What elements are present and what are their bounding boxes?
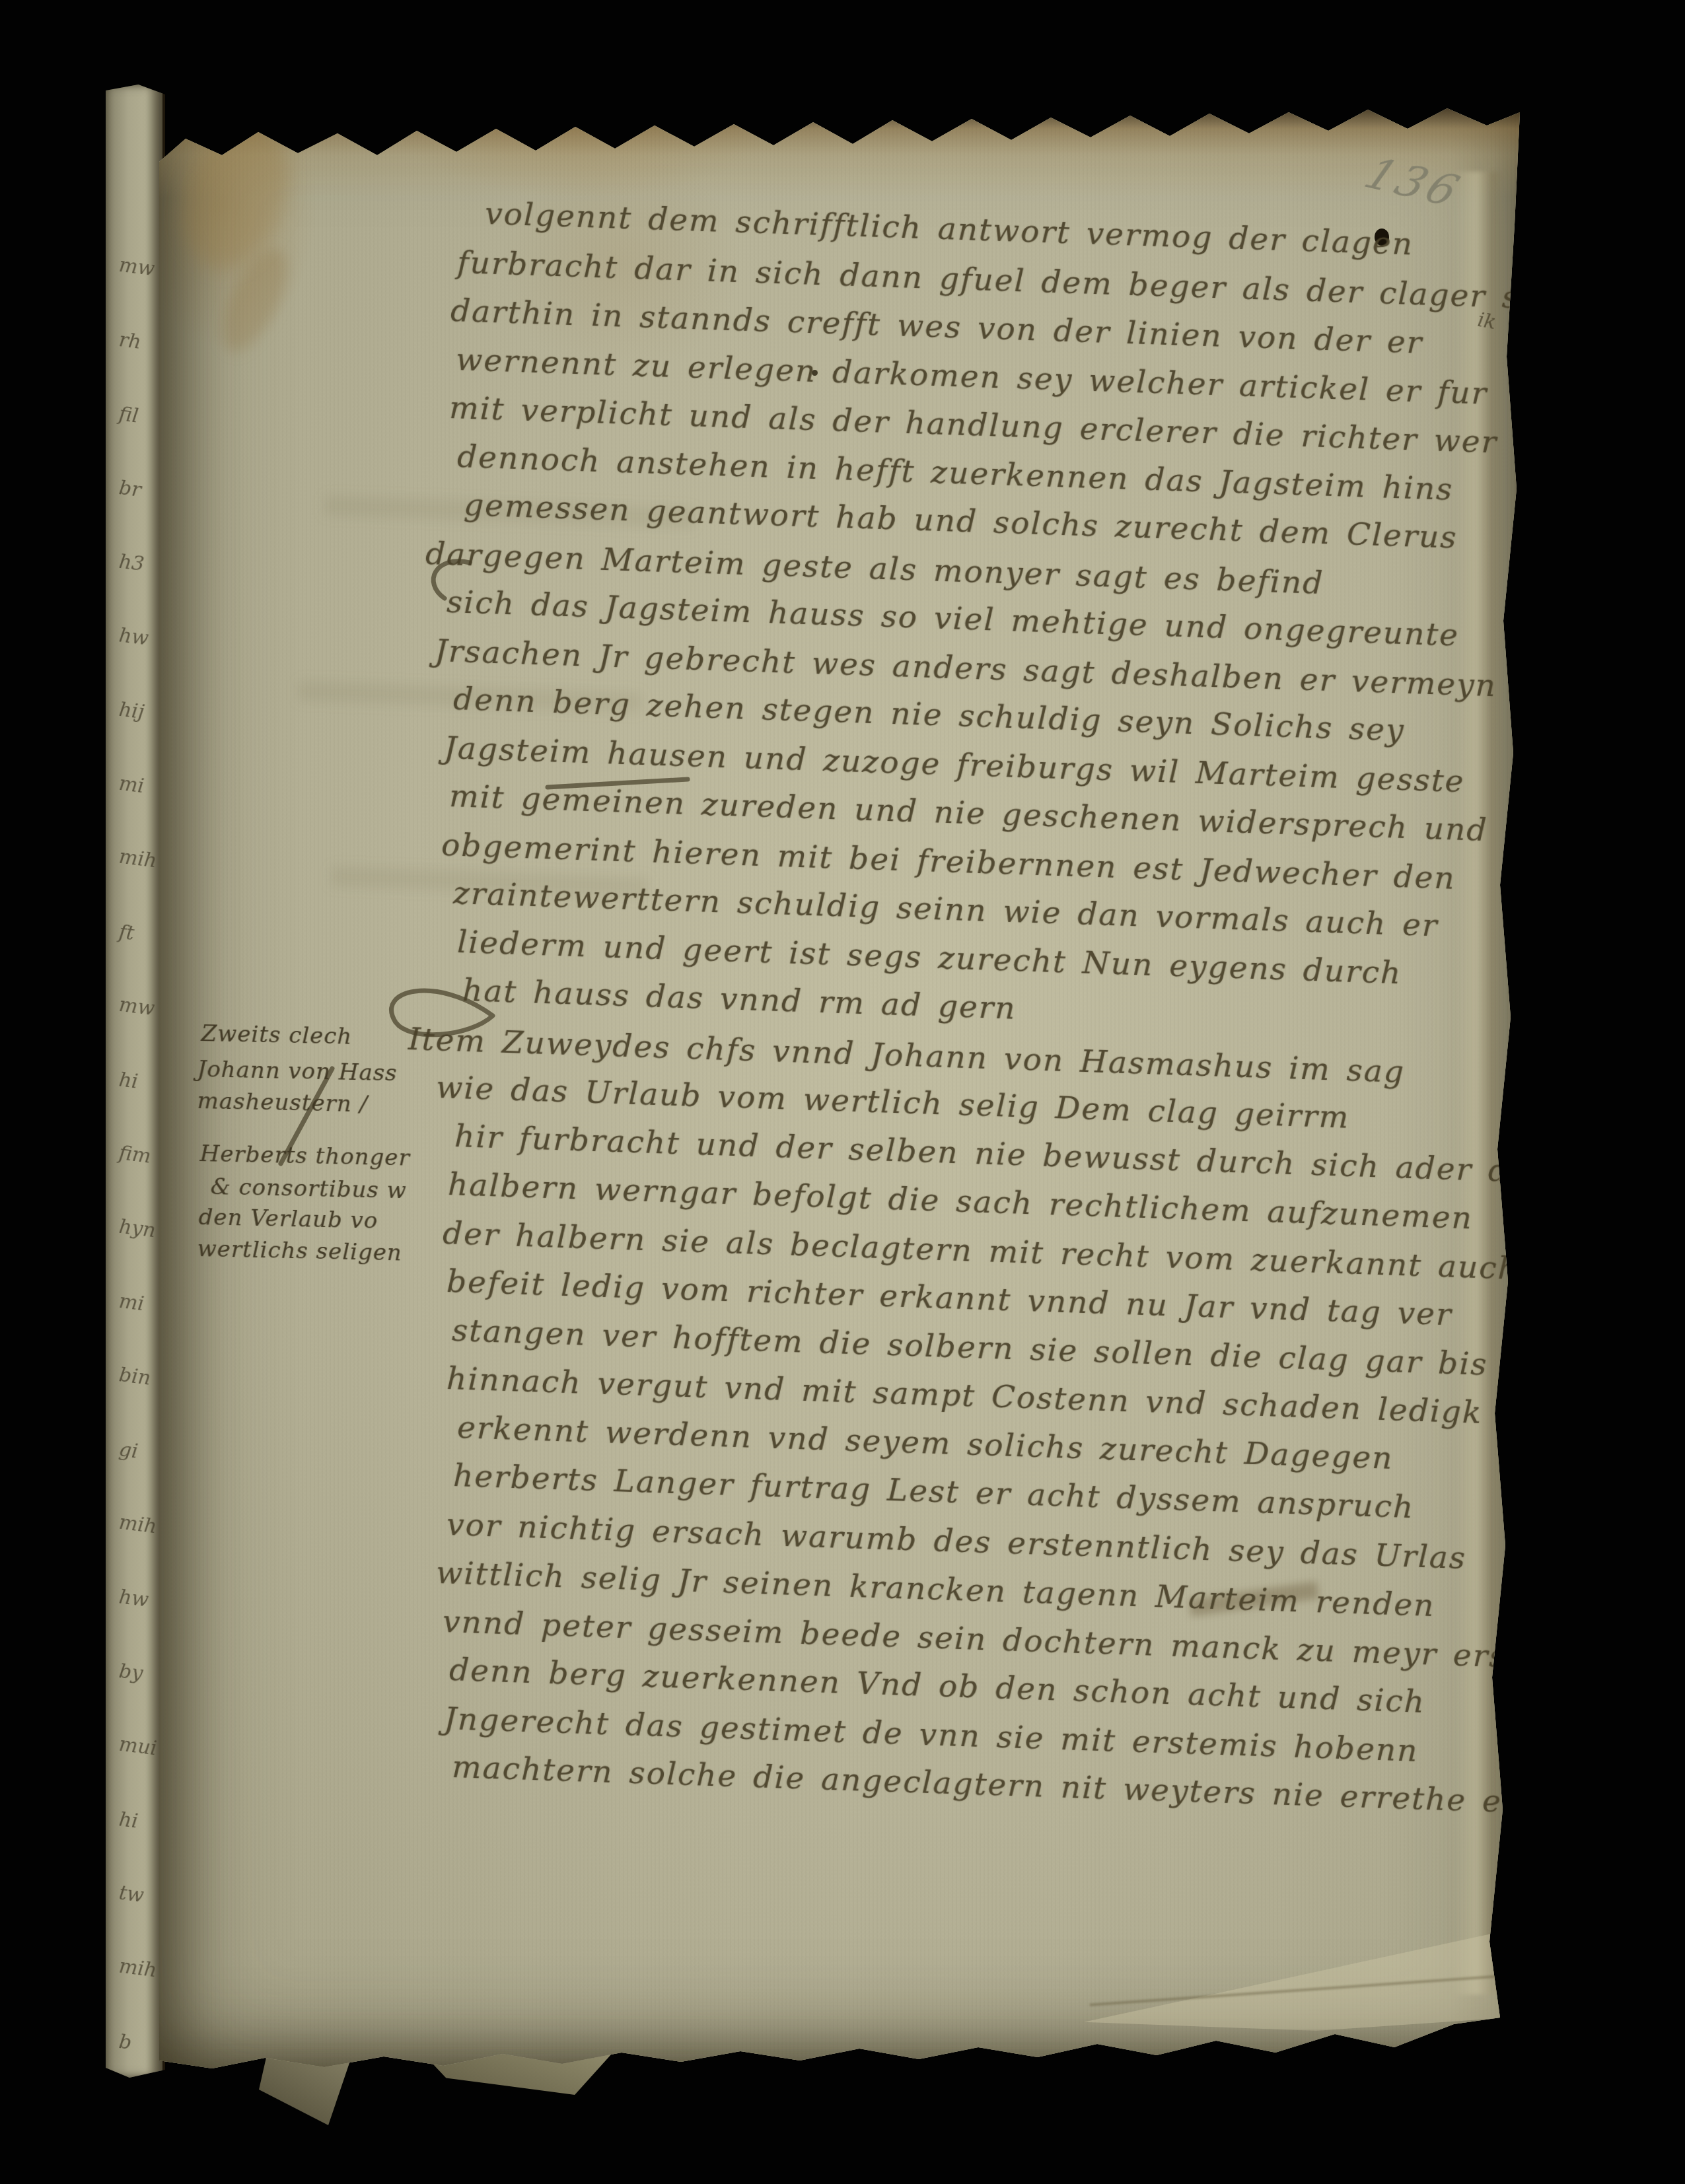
gutter-fragment: h3 <box>118 552 145 575</box>
gutter-fragment: rh <box>118 330 142 353</box>
manuscript-page: 136 volgennt dem schrifftlich antwort ve… <box>159 92 1523 2074</box>
gutter-fragment: hw <box>118 625 149 649</box>
gutter-fragment: bin <box>118 1365 151 1389</box>
gutter-fragment: hij <box>118 700 145 722</box>
gutter-fragment: hi <box>118 1810 139 1831</box>
margin-note-line: Johann von Hass <box>197 1058 398 1084</box>
gutter-fragment: mih <box>118 1513 158 1537</box>
margin-note-line: wertlichs seligen <box>197 1238 402 1264</box>
right-edge-mark: ik <box>1476 310 1498 333</box>
gutter-fragment: mi <box>118 774 145 796</box>
gutter-fragment: mi <box>118 1292 145 1314</box>
underlying-page-edge: mwrhfilbrh3hwhijmimihftmwhifimhynmibingi… <box>106 85 165 2078</box>
gutter-fragment: mui <box>118 1735 158 1759</box>
gutter-fragment: fim <box>118 1143 152 1167</box>
gutter-fragment: mw <box>118 995 155 1019</box>
gutter-fragment: by <box>118 1662 144 1684</box>
gutter-fragment: tw <box>118 1884 145 1906</box>
margin-note-line: masheustern / <box>197 1090 368 1115</box>
gutter-fragment: mih <box>118 1957 158 1981</box>
gutter-fragment: fil <box>118 404 139 426</box>
gutter-fragment: hyn <box>118 1217 157 1242</box>
gutter-fragment: hw <box>118 1587 149 1610</box>
margin-note-line: Herberts thonger <box>199 1143 410 1170</box>
photograph-background: mwrhfilbrh3hwhijmimihftmwhifimhynmibingi… <box>0 0 1685 2184</box>
gutter-fragment: hi <box>118 1070 139 1092</box>
margin-note-line: & consortibus w <box>210 1176 407 1202</box>
gutter-fragment: br <box>118 478 142 501</box>
margin-note-line: Zweits clech <box>201 1022 352 1048</box>
gutter-fragment: b <box>118 2032 133 2053</box>
gutter-fragment: mih <box>118 847 158 872</box>
gutter-fragment: gi <box>118 1440 139 1462</box>
margin-note-line: den Verlaub vo <box>198 1206 378 1232</box>
gutter-fragment: ft <box>118 923 135 944</box>
gutter-fragment: mw <box>118 256 155 279</box>
